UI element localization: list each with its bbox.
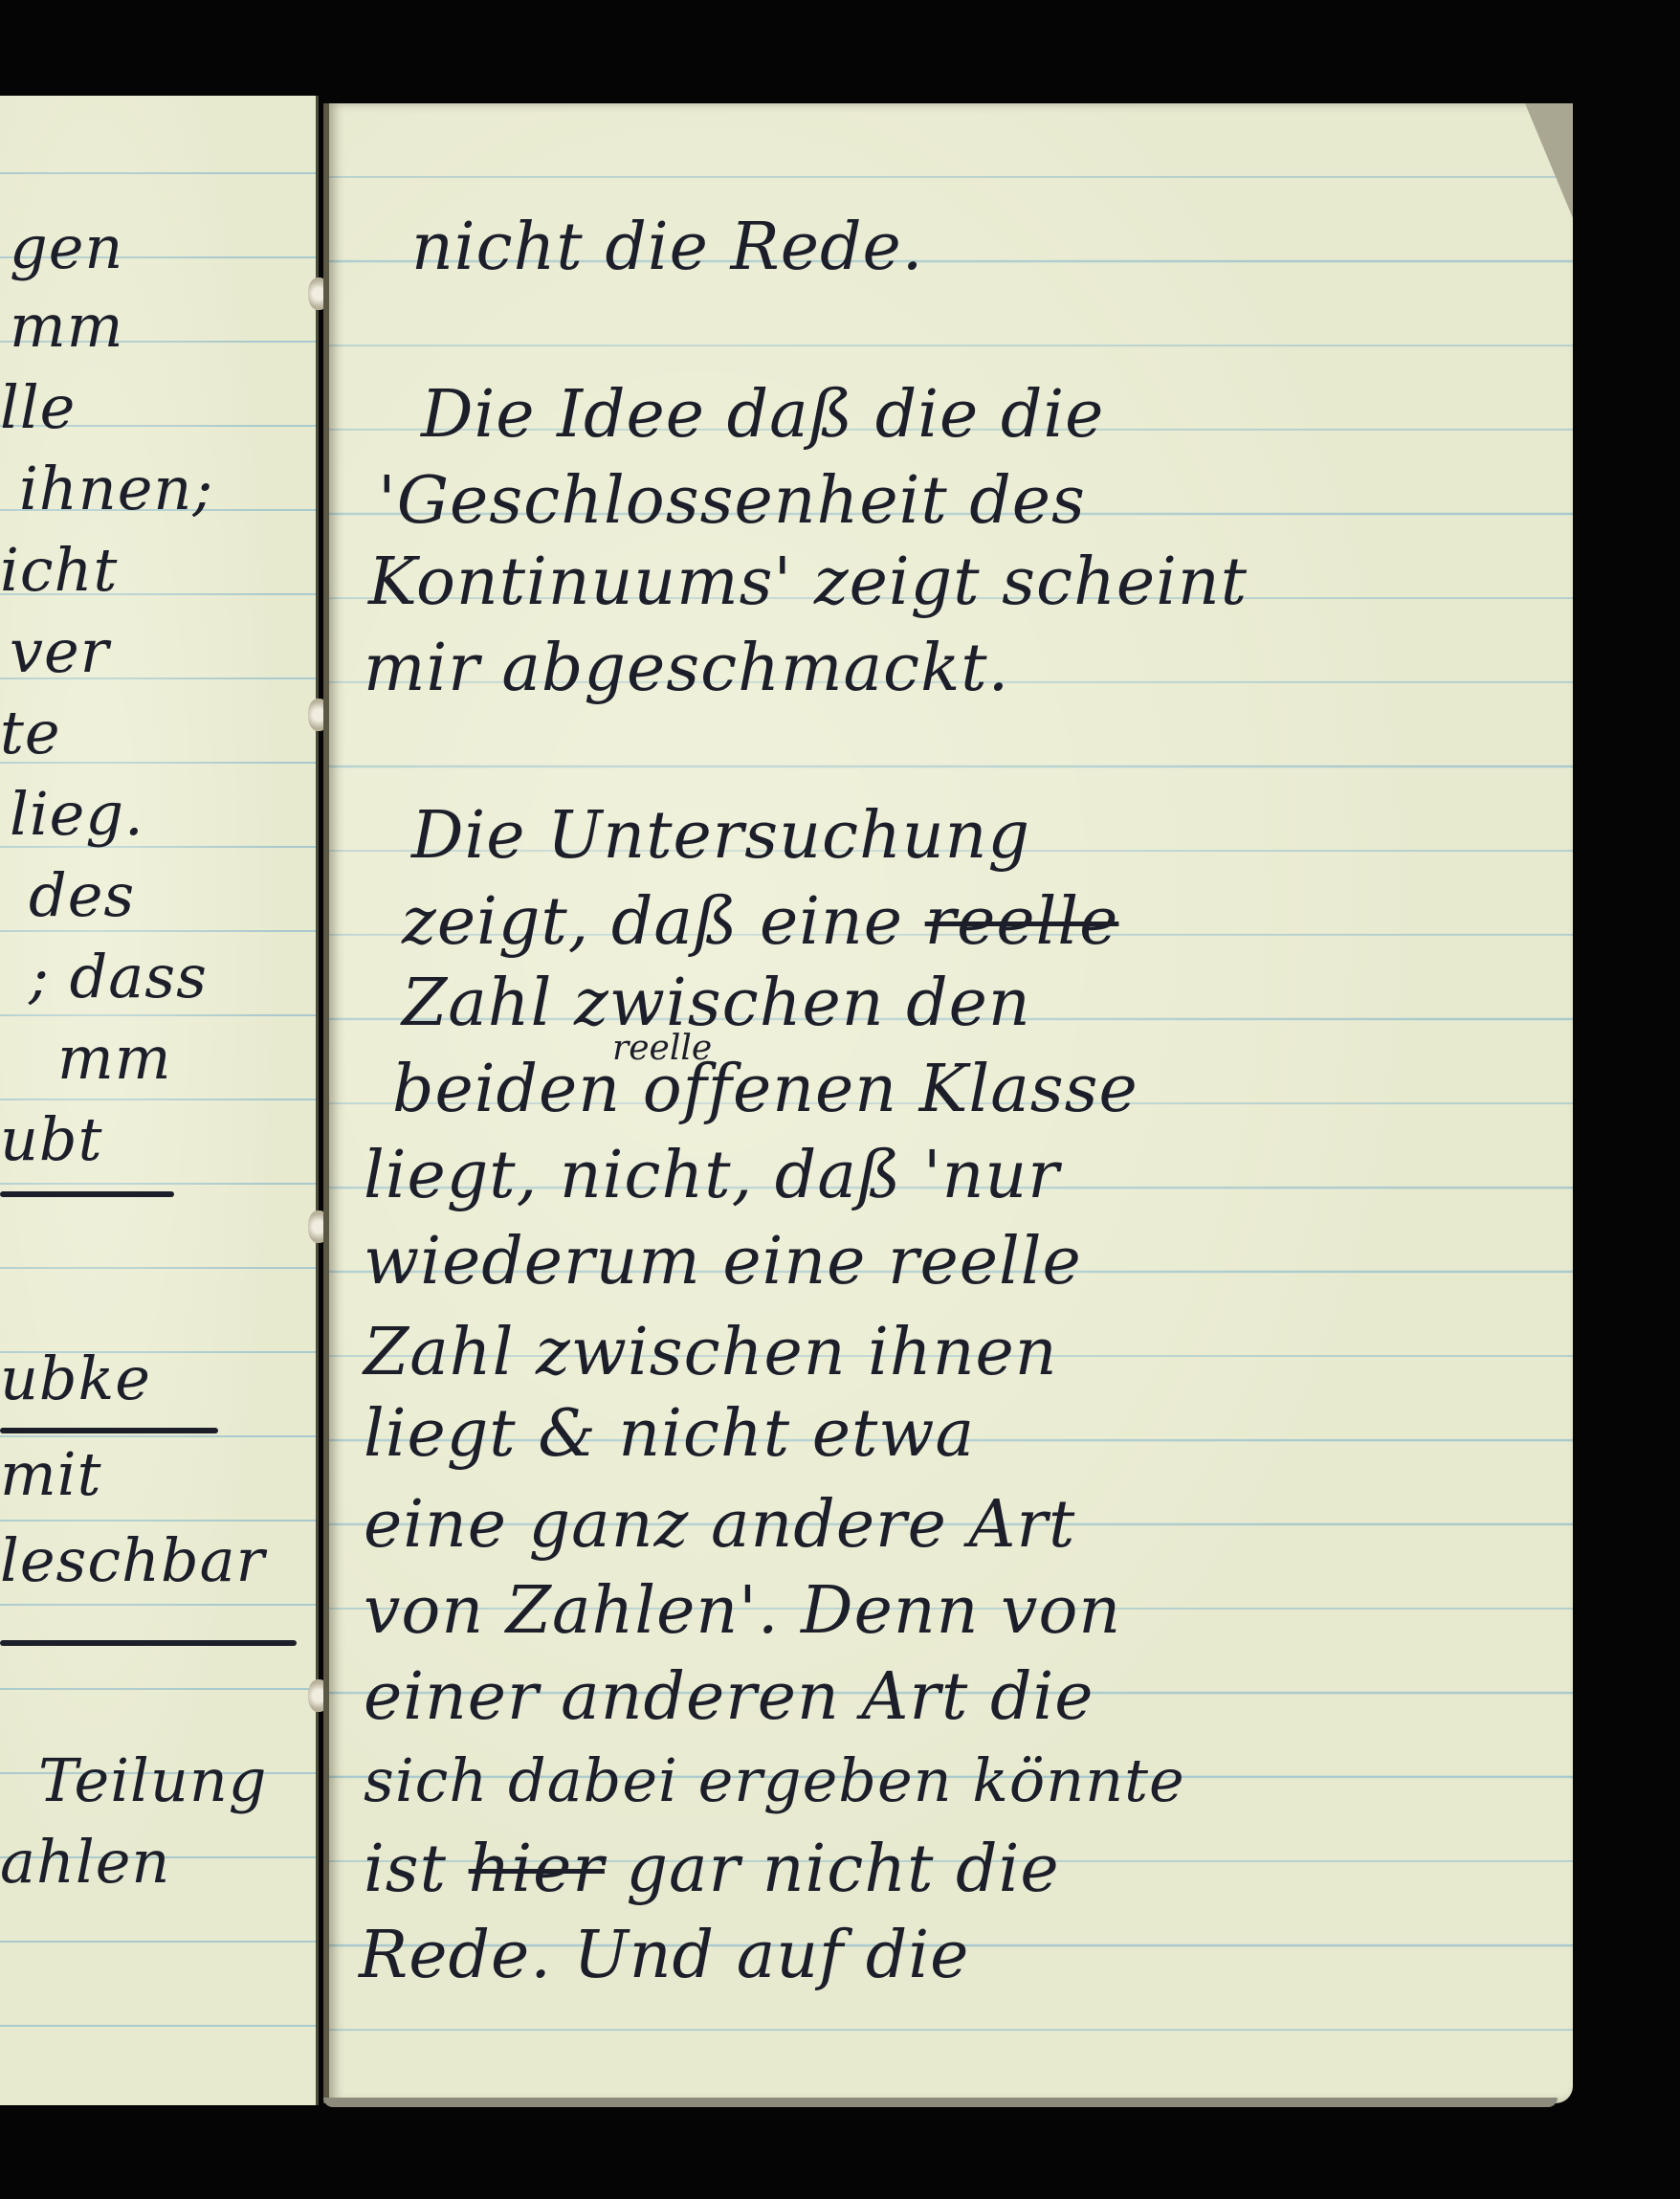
right-line-10: Zahl zwischen den: [402, 971, 1031, 1036]
left-line-15: mit: [0, 1445, 102, 1504]
struck-word: hier: [469, 1832, 605, 1907]
left-line-16: leschbar: [0, 1531, 265, 1590]
left-line-10: ; dass: [29, 947, 208, 1007]
notebook-spread: gen mm lle ihnen; icht ver te lieg. des …: [0, 0, 1680, 2199]
left-underline-3: [0, 1640, 297, 1646]
struck-word: reelle: [925, 884, 1119, 960]
right-line-4: 'Geschlossenheit des: [378, 469, 1086, 534]
right-line-21: Rede. Und auf die: [359, 1923, 969, 1988]
right-line-18: einer anderen Art die: [364, 1665, 1094, 1730]
left-line-4: ihnen;: [19, 459, 213, 519]
right-line-3: Die Idee daß die die: [421, 383, 1104, 448]
right-line-6: mir abgeschmackt.: [364, 636, 1009, 701]
left-line-7: te: [0, 703, 61, 763]
left-line-2: mm: [10, 297, 124, 356]
left-line-9: des: [29, 866, 135, 925]
left-line-6: ver: [10, 622, 109, 681]
page-stack-edge: [323, 2098, 1558, 2107]
left-line-14: ubke: [0, 1349, 151, 1409]
right-line-13: wiederum eine reelle: [364, 1230, 1082, 1295]
left-line-3: lle: [0, 378, 76, 437]
right-line-8: Die Untersuchung: [411, 804, 1030, 869]
left-line-8: lieg.: [10, 785, 144, 844]
right-line-15: liegt & nicht etwa: [364, 1402, 975, 1467]
left-line-11: mm: [57, 1029, 172, 1088]
right-line-14: Zahl zwischen ihnen: [364, 1321, 1058, 1386]
right-line-9: zeigt, daß eine reelle: [402, 890, 1118, 955]
right-line-16: eine ganz andere Art: [364, 1493, 1075, 1558]
left-underline-1: [0, 1191, 174, 1197]
right-line-20: ist hier gar nicht die: [364, 1837, 1060, 1902]
left-line-12: ubt: [0, 1110, 103, 1169]
left-line-19: ahlen: [0, 1832, 170, 1892]
left-line-5: icht: [0, 541, 118, 600]
right-line-12: liegt, nicht, daß 'nur: [364, 1144, 1060, 1209]
right-line-1: nicht die Rede.: [411, 215, 923, 280]
right-line-5: Kontinuums' zeigt scheint: [368, 550, 1248, 615]
left-line-1: gen: [10, 218, 123, 278]
right-line-11: beiden offenen Klasse: [392, 1057, 1138, 1122]
right-line-19: sich dabei ergeben könnte: [364, 1751, 1185, 1810]
left-underline-2: [0, 1428, 218, 1433]
right-line-17: von Zahlen'. Denn von: [364, 1579, 1121, 1644]
left-line-18: Teilung: [38, 1751, 267, 1810]
page-corner-fold: [1525, 103, 1573, 218]
